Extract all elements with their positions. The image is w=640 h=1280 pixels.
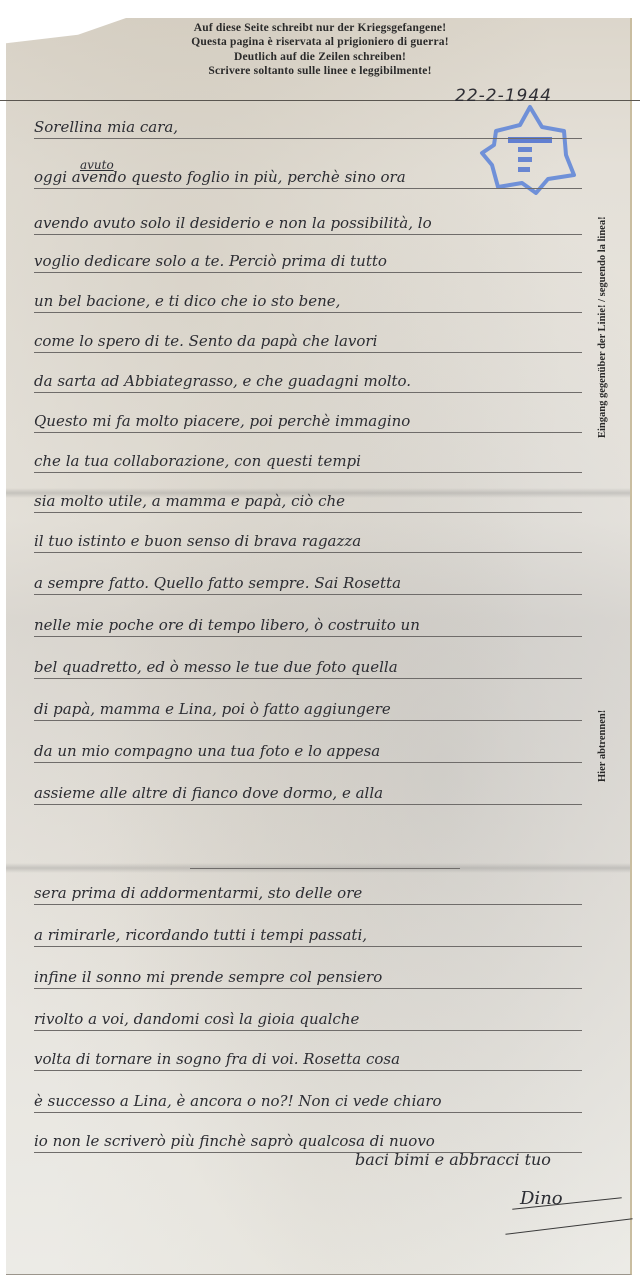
salutation: Sorellina mia cara,	[34, 116, 582, 139]
letter-line: bel quadretto, ed ò messo le tue due fot…	[34, 656, 582, 679]
letter-line: volta di tornare in sogno fra di voi. Ro…	[34, 1048, 582, 1071]
letter-line: da sarta ad Abbiategrasso, e che guadagn…	[34, 370, 582, 393]
header-line: Scrivere soltanto sulle linee e leggibil…	[140, 65, 500, 79]
ruled-line	[190, 868, 460, 869]
letter-line: assieme alle altre di fianco dove dormo,…	[34, 782, 582, 805]
letter-line: è successo a Lina, è ancora o no?! Non c…	[34, 1090, 582, 1113]
letter-line: infine il sonno mi prende sempre col pen…	[34, 966, 582, 989]
letter-line: come lo spero di te. Sento da papà che l…	[34, 330, 582, 353]
letter-line: da un mio compagno una tua foto e lo app…	[34, 740, 582, 763]
letter-line: sera prima di addormentarmi, sto delle o…	[34, 882, 582, 905]
header-line: Questa pagina è riservata al prigioniero…	[140, 36, 500, 50]
letter-line: rivolto a voi, dandomi così la gioia qua…	[34, 1008, 582, 1031]
letter-line: di papà, mamma e Lina, poi ò fatto aggiu…	[34, 698, 582, 721]
letter-line: il tuo istinto e buon senso di brava rag…	[34, 530, 582, 553]
letter-line: sia molto utile, a mamma e papà, ciò che	[34, 490, 582, 513]
letter-line: a sempre fatto. Quello fatto sempre. Sai…	[34, 572, 582, 595]
letter-line: a rimirarle, ricordando tutti i tempi pa…	[34, 924, 582, 947]
margin-note-top: Eingang gegenüber der Linie! / seguendo …	[597, 216, 608, 438]
margin-note-bottom: Hier abtrennen!	[597, 710, 608, 782]
letter-sheet	[6, 18, 632, 1275]
letter-line: nelle mie poche ore di tempo libero, ò c…	[34, 614, 582, 637]
header-line: Deutlich auf die Zeilen schreiben!	[140, 51, 500, 65]
letter-line: un bel bacione, e ti dico che io sto ben…	[34, 290, 582, 313]
letter-line: che la tua collaborazione, con questi te…	[34, 450, 582, 473]
letter-closing: baci bimi e abbracci tuo	[355, 1150, 551, 1169]
letter-line: Questo mi fa molto piacere, poi perchè i…	[34, 410, 582, 433]
letter-line: oggi avendo questo foglio in più, perchè…	[34, 166, 582, 189]
header-line: Auf diese Seite schreibt nur der Kriegsg…	[140, 22, 500, 36]
letter-line: voglio dedicare solo a te. Perciò prima …	[34, 250, 582, 273]
letter-line: avendo avuto solo il desiderio e non la …	[34, 212, 582, 235]
form-header: Auf diese Seite schreibt nur der Kriegsg…	[140, 22, 500, 78]
torn-corner	[6, 18, 126, 46]
